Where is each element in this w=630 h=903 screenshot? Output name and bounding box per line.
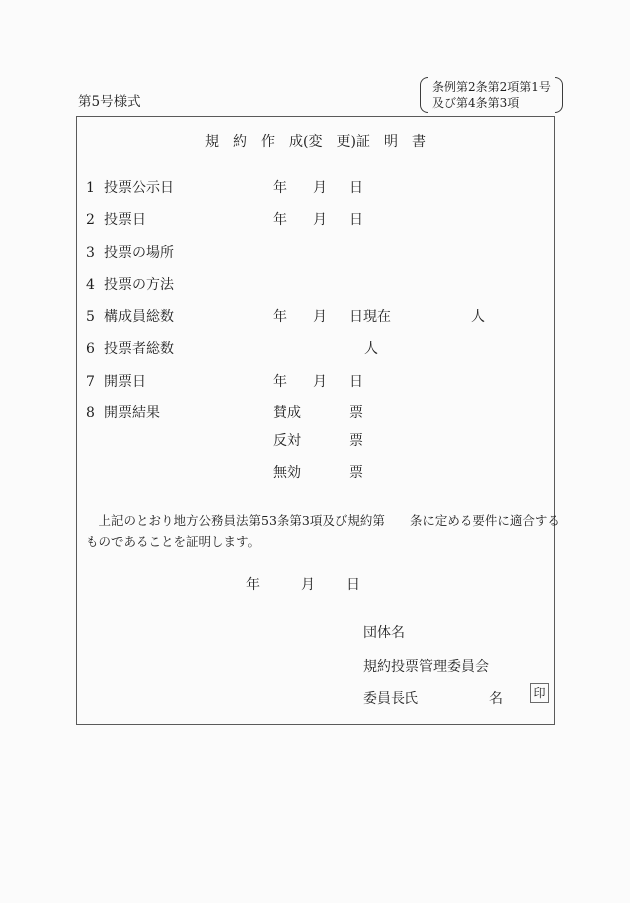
day-as-of-label: 日現在 bbox=[349, 309, 391, 325]
certification-line2: ものであることを証明します。 bbox=[86, 531, 560, 552]
form-number-label: 第5号様式 bbox=[78, 95, 141, 110]
form-row-vote-announcement-date: 1 投票公示日 年 月 日 bbox=[77, 180, 554, 196]
reference-note-line1: 条例第2条第2項第1号 bbox=[432, 79, 551, 95]
form-row-result-invalid: 無効 票 bbox=[77, 465, 554, 481]
month-label: 月 bbox=[313, 309, 327, 325]
organization-name-label: 団体名 bbox=[363, 625, 405, 641]
item-number: 8 bbox=[86, 405, 95, 421]
form-row-vote-place: 3 投票の場所 bbox=[77, 245, 554, 261]
result-oppose-label: 反対 bbox=[273, 433, 301, 449]
item-number: 1 bbox=[86, 180, 95, 196]
form-row-result-oppose: 反対 票 bbox=[77, 433, 554, 449]
reference-note-text: 条例第2条第2項第1号 及び第4条第3項 bbox=[432, 77, 551, 113]
reference-note-line2: 及び第4条第3項 bbox=[432, 95, 551, 111]
month-label: 月 bbox=[313, 212, 327, 228]
day-label: 日 bbox=[349, 374, 363, 390]
form-row-total-voters: 6 投票者総数 人 bbox=[77, 341, 554, 357]
day-label: 日 bbox=[349, 180, 363, 196]
persons-unit-label: 人 bbox=[364, 341, 378, 357]
item-label: 投票の方法 bbox=[104, 277, 174, 293]
year-label: 年 bbox=[273, 180, 287, 196]
month-label: 月 bbox=[313, 374, 327, 390]
result-invalid-label: 無効 bbox=[273, 465, 301, 481]
signature-committee-row: 規約投票管理委員会 bbox=[77, 659, 554, 675]
item-label: 開票日 bbox=[104, 374, 146, 390]
item-number: 2 bbox=[86, 212, 95, 228]
day-label: 日 bbox=[346, 577, 360, 593]
form-row-vote-date: 2 投票日 年 月 日 bbox=[77, 212, 554, 228]
month-label: 月 bbox=[301, 577, 315, 593]
signature-chairman-row: 委員長 氏 名 bbox=[77, 691, 554, 707]
issue-date-line: 年 月 日 bbox=[77, 577, 554, 593]
item-number: 4 bbox=[86, 277, 95, 293]
item-label: 投票公示日 bbox=[104, 180, 174, 196]
reference-note: 条例第2条第2項第1号 及び第4条第3項 bbox=[420, 77, 563, 113]
item-label: 投票者総数 bbox=[104, 341, 174, 357]
day-label: 日 bbox=[349, 212, 363, 228]
chairman-label: 委員長 bbox=[363, 691, 405, 707]
year-label: 年 bbox=[273, 212, 287, 228]
month-label: 月 bbox=[313, 180, 327, 196]
item-number: 6 bbox=[86, 341, 95, 357]
item-label: 投票日 bbox=[104, 212, 146, 228]
form-row-vote-method: 4 投票の方法 bbox=[77, 277, 554, 293]
item-label: 投票の場所 bbox=[104, 245, 174, 261]
item-number: 5 bbox=[86, 309, 95, 325]
right-brace-icon bbox=[555, 77, 563, 113]
given-name-label: 名 bbox=[489, 691, 503, 707]
left-brace-icon bbox=[420, 77, 428, 113]
votes-unit-label: 票 bbox=[349, 465, 363, 481]
result-approve-label: 賛成 bbox=[273, 405, 301, 421]
item-label: 開票結果 bbox=[104, 405, 160, 421]
document-title: 規 約 作 成(変 更)証 明 書 bbox=[77, 134, 554, 150]
certificate-form-box: 規 約 作 成(変 更)証 明 書 1 投票公示日 年 月 日 2 投票日 年 … bbox=[76, 116, 555, 725]
persons-unit-label: 人 bbox=[471, 309, 485, 325]
family-name-label: 氏 bbox=[404, 691, 418, 707]
year-label: 年 bbox=[273, 374, 287, 390]
item-label: 構成員総数 bbox=[104, 309, 174, 325]
item-number: 3 bbox=[86, 245, 95, 261]
certification-statement: 上記のとおり地方公務員法第53条第3項及び規約第 条に定める要件に適合する もの… bbox=[86, 510, 560, 552]
votes-unit-label: 票 bbox=[349, 433, 363, 449]
seal-mark: 印 bbox=[530, 683, 549, 703]
form-row-total-members: 5 構成員総数 年 月 日現在 人 bbox=[77, 309, 554, 325]
signature-organization-row: 団体名 bbox=[77, 625, 554, 641]
form-row-count-date: 7 開票日 年 月 日 bbox=[77, 374, 554, 390]
scanned-form-page: { "page": { "background": "#fbfbfb", "te… bbox=[0, 0, 630, 903]
year-label: 年 bbox=[273, 309, 287, 325]
form-row-count-result: 8 開票結果 賛成 票 bbox=[77, 405, 554, 421]
item-number: 7 bbox=[86, 374, 95, 390]
votes-unit-label: 票 bbox=[349, 405, 363, 421]
committee-name-label: 規約投票管理委員会 bbox=[363, 659, 489, 675]
certification-line1: 上記のとおり地方公務員法第53条第3項及び規約第 条に定める要件に適合する bbox=[86, 510, 560, 531]
year-label: 年 bbox=[246, 577, 260, 593]
